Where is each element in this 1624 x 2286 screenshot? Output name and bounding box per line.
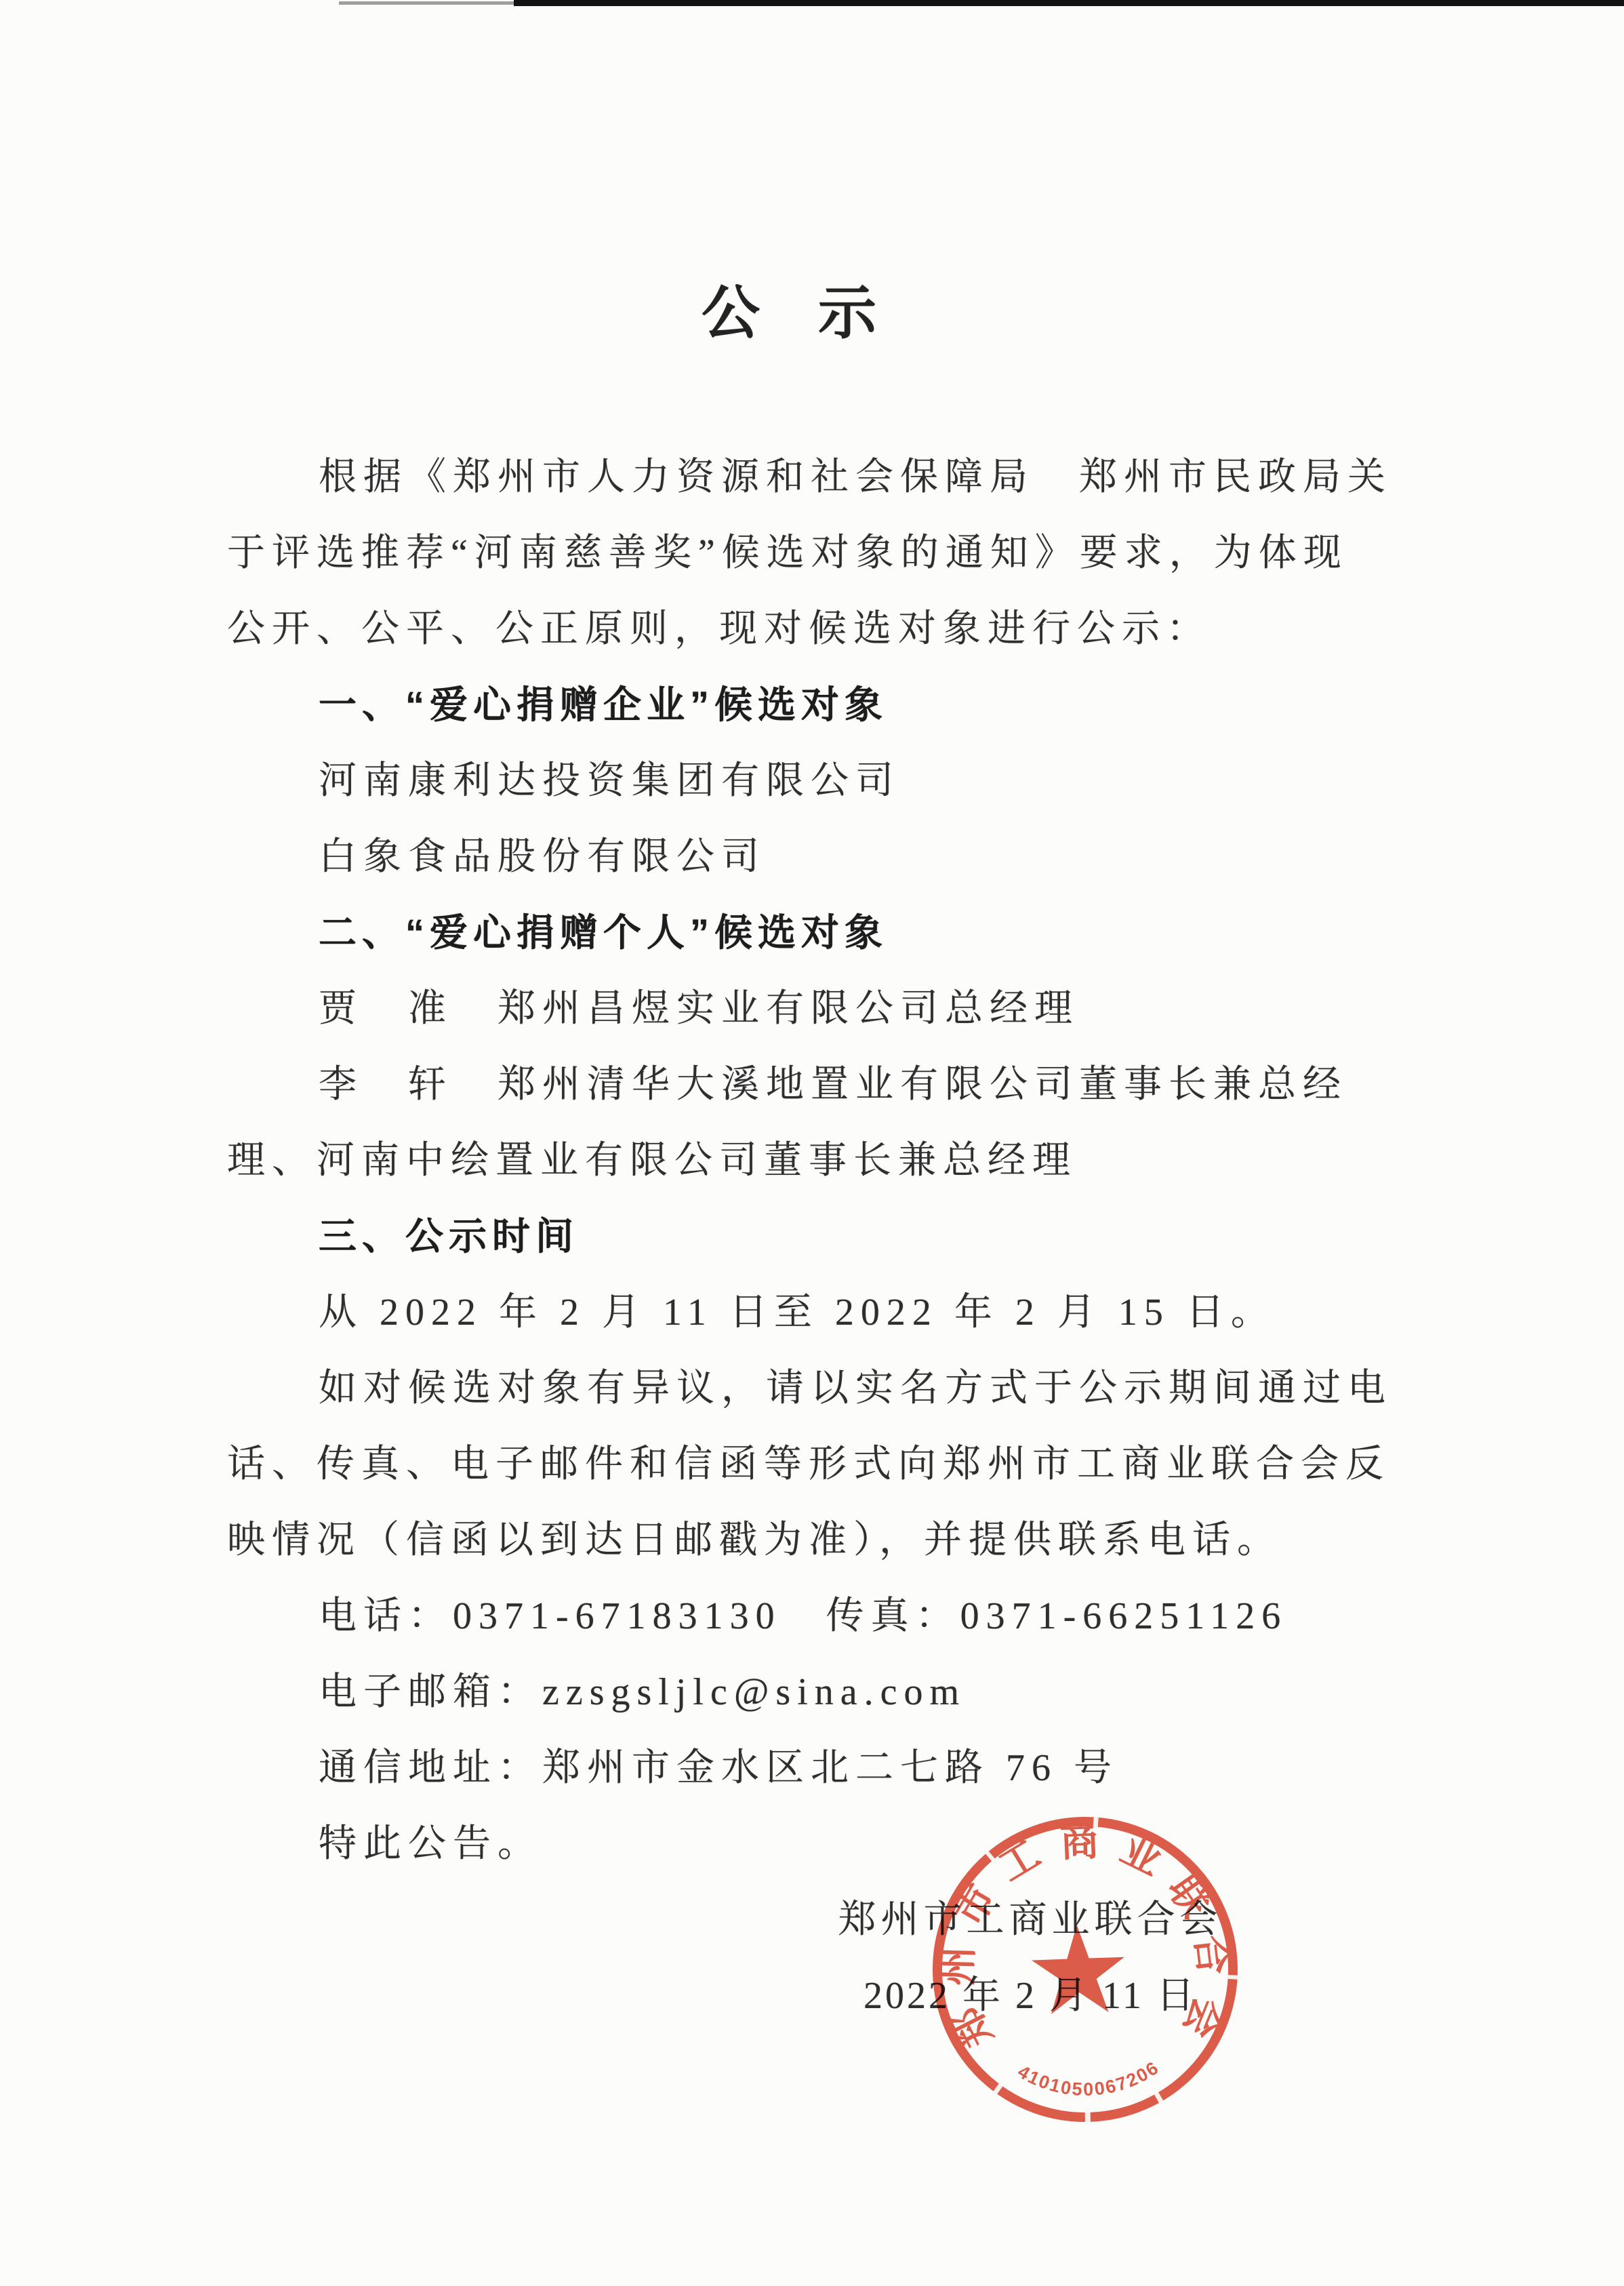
page-title: 公 示 [0,266,1624,350]
document-line: 映情况（信函以到达日邮戳为准），并提供联系电话。 [227,1502,1420,1578]
document-line: 电子邮箱：zzsgsljlc@sina.com [227,1654,1420,1730]
document-line: 理、河南中绘置业有限公司董事长兼总经理 [227,1123,1420,1199]
document-line: 电话：0371-67183130 传真：0371-66251126 [227,1578,1420,1654]
document-line: 话、传真、电子邮件和信函等形式向郑州市工商业联合会反 [227,1426,1420,1502]
scan-artifact-bar [514,0,1624,6]
scanned-document-page: 公 示 根据《郑州市人力资源和社会保障局 郑州市民政局关于评选推荐“河南慈善奖”… [0,0,1624,2286]
document-line: 白象食品股份有限公司 [227,819,1420,895]
document-line: 李 轩 郑州清华大溪地置业有限公司董事长兼总经 [227,1047,1420,1123]
document-line: 根据《郑州市人力资源和社会保障局 郑州市民政局关 [227,439,1420,515]
document-line: 于评选推荐“河南慈善奖”候选对象的通知》要求，为体现 [227,515,1420,591]
seal-org-arc: 郑州市工商业联合会 [930,1815,1238,2056]
document-line: 特此公告。 [227,1806,1420,1882]
body-lines: 根据《郑州市人力资源和社会保障局 郑州市民政局关于评选推荐“河南慈善奖”候选对象… [227,439,1420,1882]
document-line: 河南康利达投资集团有限公司 [227,743,1420,819]
seal-code-arc-text: 4101050067206 [1014,2056,1163,2102]
document-line: 如对候选对象有异议，请以实名方式于公示期间通过电 [227,1350,1420,1426]
document-line: 从 2022 年 2 月 11 日至 2022 年 2 月 15 日。 [227,1275,1420,1350]
document-line: 贾 准 郑州昌煜实业有限公司总经理 [227,971,1420,1047]
seal-star-icon [1030,1923,1126,2015]
document-line: 公开、公平、公正原则，现对候选对象进行公示： [227,591,1420,667]
section-heading: 三、公示时间 [227,1199,1420,1275]
seal-org-arc-text: 郑州市工商业联合会 [930,1815,1238,2056]
section-heading: 一、“爱心捐赠企业”候选对象 [227,667,1420,743]
section-heading: 二、“爱心捐赠个人”候选对象 [227,895,1420,971]
page-title-text: 公 示 [702,281,876,346]
seal-code-arc: 4101050067206 [1014,2056,1163,2102]
official-seal: 郑州市工商业联合会 4101050067206 [925,1809,1246,2130]
document-line: 通信地址：郑州市金水区北二七路 76 号 [227,1730,1420,1806]
scan-artifact-bar-faint [339,1,515,5]
